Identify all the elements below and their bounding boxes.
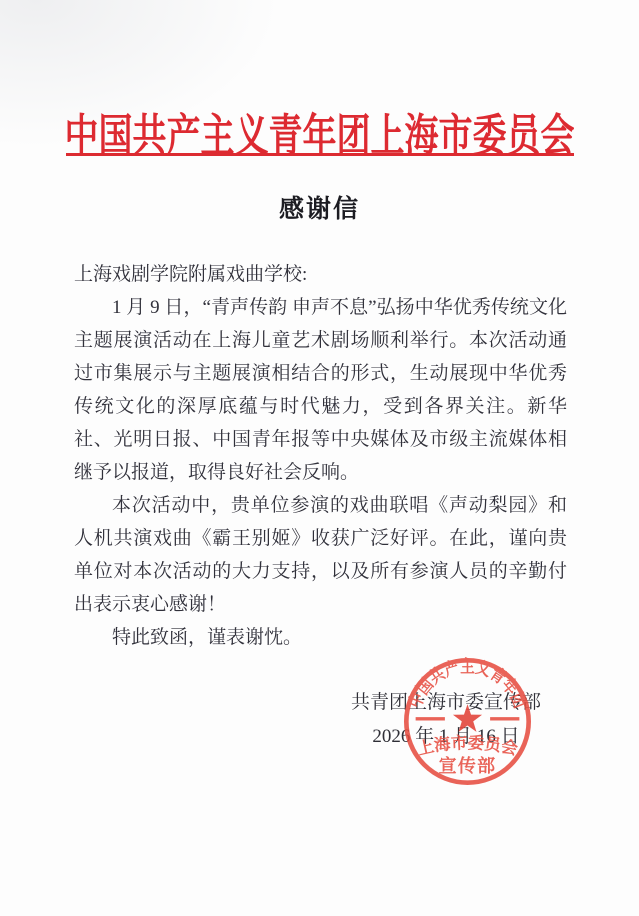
document-title: 感谢信 [0,189,639,225]
letter-date: 2026 年 1 月 16 日 [351,720,541,754]
body-paragraph: 1 月 9 日，“青声传韵 申声不息”弘扬中华优秀传统文化主题展演活动在上海儿童… [74,291,567,489]
letter-page: 中国共产主义青年团上海市委员会 感谢信 上海戏剧学院附属戏曲学校: 1 月 9 … [0,0,639,916]
letter-paragraphs: 1 月 9 日，“青声传韵 申声不息”弘扬中华优秀传统文化主题展演活动在上海儿童… [74,291,567,654]
signer-name: 共青团上海市委宣传部 [351,686,541,720]
body-paragraph: 特此致函，谨表谢忱。 [74,621,567,654]
letter-body: 上海戏剧学院附属戏曲学校: 1 月 9 日，“青声传韵 申声不息”弘扬中华优秀传… [74,258,567,654]
seal-department-text: 宣传部 [439,755,497,776]
body-paragraph: 本次活动中，贵单位参演的戏曲联唱《声动梨园》和人机共演戏曲《霸王别姬》收获广泛好… [74,489,567,621]
letterhead-divider [66,153,574,156]
signature-block: 共青团上海市委宣传部 2026 年 1 月 16 日 [351,686,541,754]
salutation: 上海戏剧学院附属戏曲学校: [74,258,567,291]
